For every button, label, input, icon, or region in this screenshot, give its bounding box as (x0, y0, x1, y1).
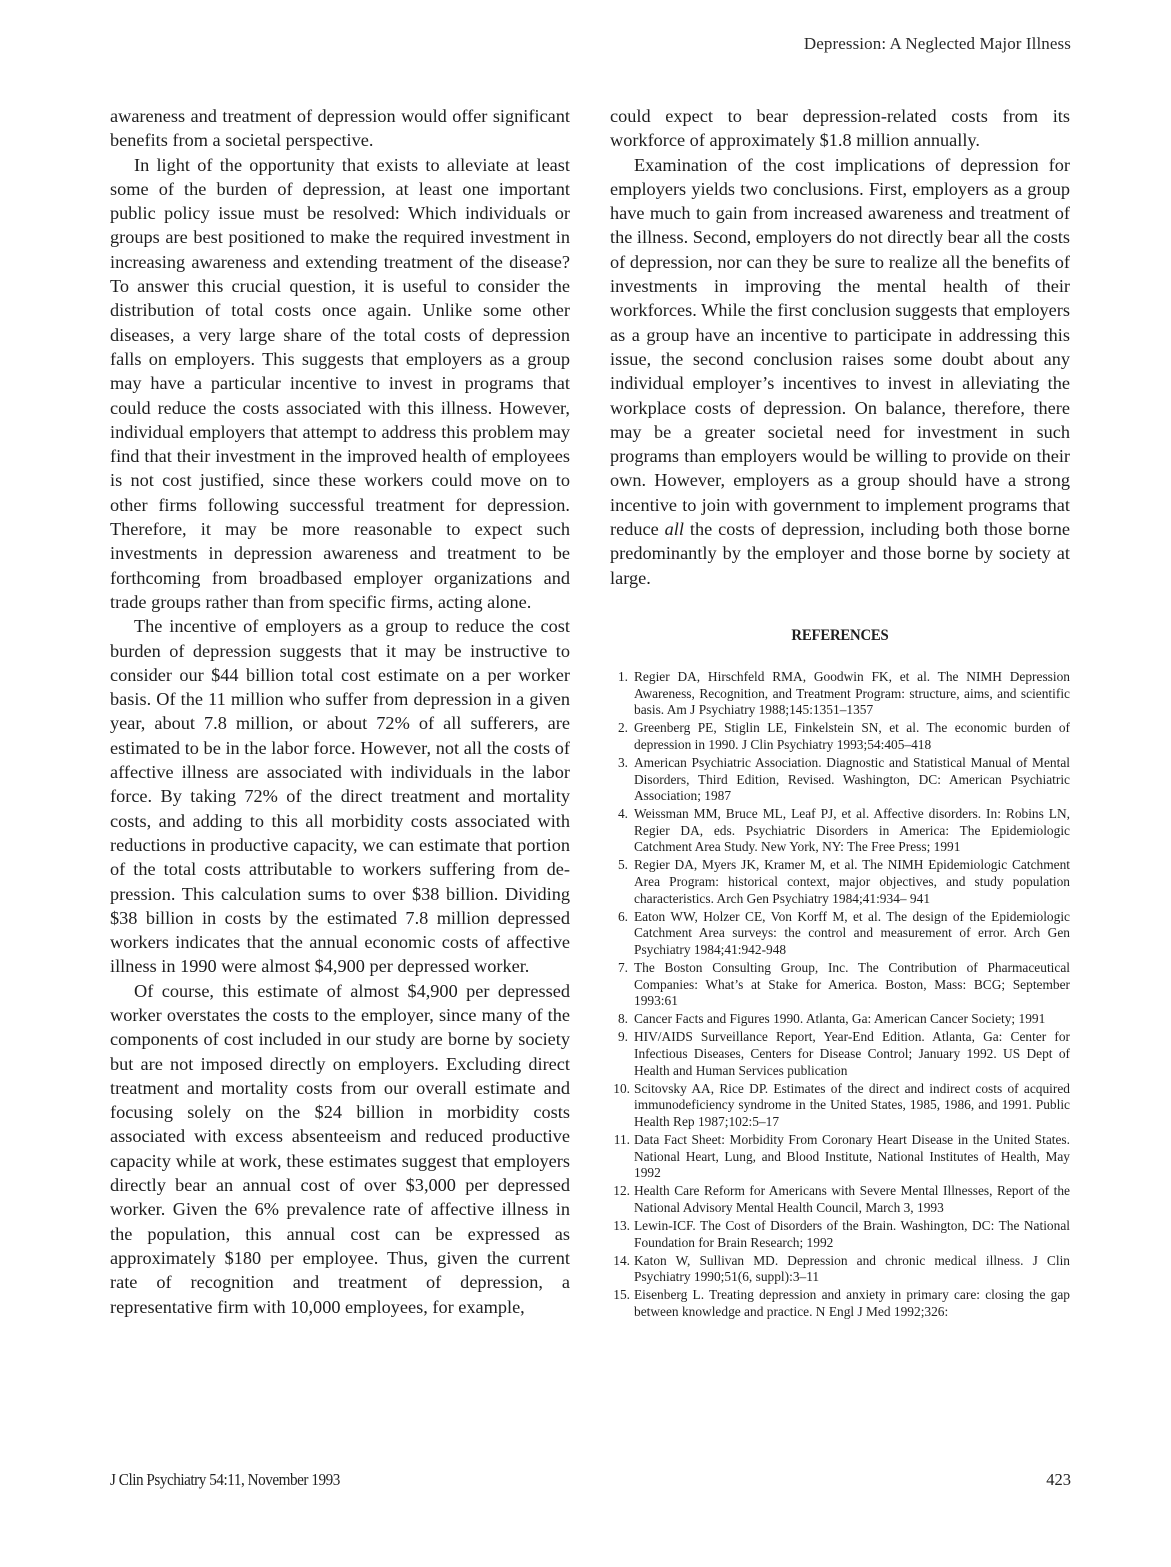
reference-text: Regier DA, Myers JK, Kramer M, et al. Th… (634, 857, 1070, 905)
reference-number: 7. (613, 960, 628, 977)
reference-text: Greenberg PE, Stiglin LE, Finkelstein SN… (634, 720, 1070, 752)
body-paragraph: awareness and treatment of depression wo… (110, 104, 570, 153)
footer-journal-citation: J Clin Psychiatry 54:11, November 1993 (110, 1470, 340, 1490)
reference-number: 8. (613, 1011, 628, 1028)
reference-number: 1. (613, 669, 628, 686)
reference-text: Lewin-ICF. The Cost of Disorders of the … (634, 1218, 1070, 1250)
paragraph-text: Examination of the cost implications of … (610, 155, 1070, 539)
reference-text: Health Care Reform for Americans with Se… (634, 1183, 1070, 1215)
reference-text: Eaton WW, Holzer CE, Von Korff M, et al.… (634, 909, 1070, 957)
reference-number: 9. (613, 1029, 628, 1046)
reference-text: Cancer Facts and Figures 1990. Atlanta, … (634, 1011, 1045, 1026)
body-paragraph: In light of the opportunity that exists … (110, 153, 570, 615)
reference-number: 2. (613, 720, 628, 737)
references-list: 1.Regier DA, Hirschfeld RMA, Goodwin FK,… (610, 669, 1070, 1321)
body-paragraph: The incentive of employers as a group to… (110, 614, 570, 978)
running-head-title: Depression: A Neglected Major Illness (804, 34, 1071, 54)
reference-item: 1.Regier DA, Hirschfeld RMA, Goodwin FK,… (610, 669, 1070, 719)
reference-number: 4. (613, 806, 628, 823)
reference-item: 10.Scitovsky AA, Rice DP. Estimates of t… (610, 1081, 1070, 1131)
reference-item: 9.HIV/AIDS Surveillance Report, Year-End… (610, 1029, 1070, 1079)
reference-item: 14.Katon W, Sullivan MD. Depression and … (610, 1253, 1070, 1286)
reference-text: Weissman MM, Bruce ML, Leaf PJ, et al. A… (634, 806, 1070, 854)
reference-text: The Boston Consulting Group, Inc. The Co… (634, 960, 1070, 1008)
reference-number: 6. (613, 909, 628, 926)
reference-number: 12. (610, 1183, 630, 1200)
reference-item: 12.Health Care Reform for Americans with… (610, 1183, 1070, 1216)
reference-item: 5.Regier DA, Myers JK, Kramer M, et al. … (610, 857, 1070, 907)
body-paragraph: Of course, this estimate of almost $4,90… (110, 979, 570, 1319)
reference-text: Data Fact Sheet: Morbidity From Coronary… (634, 1132, 1070, 1180)
reference-item: 8.Cancer Facts and Figures 1990. Atlanta… (610, 1011, 1070, 1028)
footer-page-number: 423 (1046, 1470, 1071, 1490)
reference-number: 14. (610, 1253, 630, 1270)
reference-number: 10. (610, 1081, 630, 1098)
reference-number: 15. (610, 1287, 630, 1304)
reference-item: 6.Eaton WW, Holzer CE, Von Korff M, et a… (610, 909, 1070, 959)
reference-number: 13. (610, 1218, 630, 1235)
body-paragraph: Examination of the cost implications of … (610, 153, 1070, 590)
body-paragraph: could expect to bear depression-related … (610, 104, 1070, 153)
reference-item: 11.Data Fact Sheet: Morbidity From Coron… (610, 1132, 1070, 1182)
reference-item: 7.The Boston Consulting Group, Inc. The … (610, 960, 1070, 1010)
reference-number: 11. (610, 1132, 630, 1149)
reference-item: 2.Greenberg PE, Stiglin LE, Finkelstein … (610, 720, 1070, 753)
reference-item: 3.American Psychiatric Association. Diag… (610, 755, 1070, 805)
reference-number: 3. (613, 755, 628, 772)
reference-text: Eisenberg L. Treating depression and anx… (634, 1287, 1070, 1319)
left-column: awareness and treatment of depression wo… (110, 104, 570, 1319)
reference-item: 15.Eisenberg L. Treating depression and … (610, 1287, 1070, 1320)
reference-text: HIV/AIDS Surveillance Report, Year-End E… (634, 1029, 1070, 1077)
reference-text: American Psychiatric Association. Diagno… (634, 755, 1070, 803)
reference-text: Regier DA, Hirschfeld RMA, Goodwin FK, e… (634, 669, 1070, 717)
reference-item: 13.Lewin-ICF. The Cost of Disorders of t… (610, 1218, 1070, 1251)
reference-text: Katon W, Sullivan MD. Depression and chr… (634, 1253, 1070, 1285)
reference-number: 5. (613, 857, 628, 874)
reference-text: Scitovsky AA, Rice DP. Estimates of the … (634, 1081, 1070, 1129)
references-heading: REFERENCES (628, 627, 1051, 645)
reference-item: 4.Weissman MM, Bruce ML, Leaf PJ, et al.… (610, 806, 1070, 856)
emphasis-text: all (665, 519, 684, 539)
right-column: could expect to bear depression-related … (610, 104, 1070, 1322)
